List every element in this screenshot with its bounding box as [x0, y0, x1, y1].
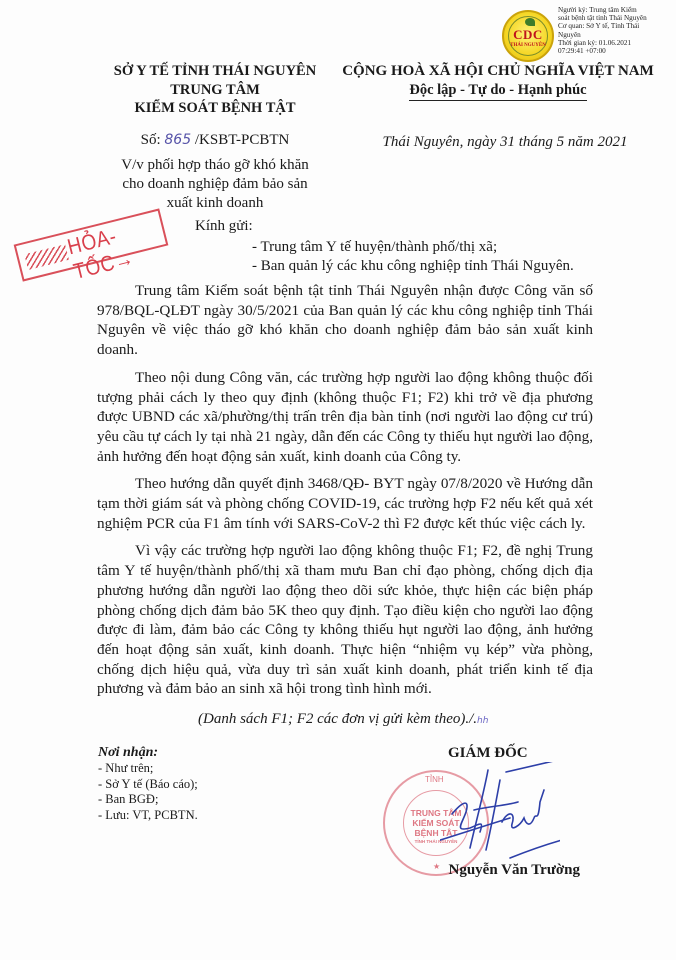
urgent-stamp-text: HỎA-TỐC→ — [65, 213, 170, 285]
recipient-item: - Ban quản lý các khu công nghiệp tỉnh T… — [252, 257, 574, 276]
document-number: Số: 865 /KSBT-PCBTN — [95, 132, 335, 149]
arrow-feathers-icon — [24, 244, 69, 270]
cdc-logo: CDC THÁI NGUYÊN — [502, 10, 554, 62]
closing-note-text: (Danh sách F1; F2 các đơn vị gửi kèm the… — [198, 711, 477, 727]
department-name: SỞ Y TẾ TỈNH THÁI NGUYÊN — [95, 62, 335, 81]
handwritten-signature — [440, 762, 560, 872]
signer-role: GIÁM ĐỐC — [380, 745, 560, 762]
urgent-stamp: HỎA-TỐC→ — [14, 208, 169, 281]
closing-note: (Danh sách F1; F2 các đơn vị gửi kèm the… — [198, 711, 488, 728]
subject-line: V/v phối hợp tháo gỡ khó khăn — [95, 156, 335, 175]
org-name-line2: KIỂM SOÁT BỆNH TẬT — [95, 99, 335, 117]
handwritten-number: 865 — [164, 132, 191, 148]
distribution-title: Nơi nhận: — [98, 744, 198, 761]
signature-line: Cơ quan: Sở Y tế, Tỉnh Thái — [558, 22, 676, 30]
recipients: - Trung tâm Y tế huyện/thành phố/thị xã;… — [252, 238, 574, 276]
letter-body: Trung tâm Kiểm soát bệnh tật tỉnh Thái N… — [97, 281, 593, 707]
document-number-suffix: /KSBT-PCBTN — [191, 132, 289, 148]
distribution-item: - Sở Y tế (Báo cáo); — [98, 777, 198, 793]
signature-line: 07:29:41 +07:00 — [558, 47, 676, 55]
national-motto: Độc lập - Tự do - Hạnh phúc — [409, 81, 586, 101]
body-paragraph: Theo nội dung Công văn, các trường hợp n… — [97, 368, 593, 467]
handwritten-initial: hh — [477, 716, 488, 726]
salutation: Kính gửi: — [195, 218, 253, 235]
body-paragraph: Vì vậy các trường hợp người lao động khô… — [97, 541, 593, 699]
body-paragraph: Trung tâm Kiểm soát bệnh tật tỉnh Thái N… — [97, 281, 593, 360]
digital-signature-block: CDC THÁI NGUYÊN Người ký: Trung tâm Kiểm… — [502, 4, 676, 64]
logo-text: CDC — [504, 27, 552, 43]
signature-line: Người ký: Trung tâm Kiểm — [558, 6, 676, 14]
body-paragraph: Theo hướng dẫn quyết định 3468/QĐ- BYT n… — [97, 474, 593, 533]
distribution-item: - Lưu: VT, PCBTN. — [98, 808, 198, 824]
issuing-agency: SỞ Y TẾ TỈNH THÁI NGUYÊN TRUNG TÂM KIỂM … — [95, 62, 335, 117]
signature-line: Thời gian ký: 01.06.2021 — [558, 39, 676, 47]
leaf-icon — [525, 18, 535, 26]
signer-block: GIÁM ĐỐC Nguyễn Văn Trường — [380, 745, 560, 762]
nation-title: CỘNG HOÀ XÃ HỘI CHỦ NGHĨA VIỆT NAM — [330, 62, 666, 81]
document-number-prefix: Số: — [141, 132, 165, 148]
logo-subtext: THÁI NGUYÊN — [504, 43, 552, 48]
signature-line: soát bệnh tật tỉnh Thái Nguyên — [558, 14, 676, 22]
distribution-list: Nơi nhận: - Như trên; - Sở Y tế (Báo cáo… — [98, 744, 198, 823]
subject-line: xuất kinh doanh — [95, 194, 335, 213]
signature-metadata: Người ký: Trung tâm Kiểm soát bệnh tật t… — [558, 6, 676, 55]
subject-line: cho doanh nghiệp đảm bảo sản — [95, 175, 335, 194]
subject: V/v phối hợp tháo gỡ khó khăn cho doanh … — [95, 156, 335, 213]
distribution-item: - Ban BGĐ; — [98, 792, 198, 808]
signature-line: Nguyên — [558, 31, 676, 39]
national-header: CỘNG HOÀ XÃ HỘI CHỦ NGHĨA VIỆT NAM Độc l… — [330, 62, 666, 101]
recipient-item: - Trung tâm Y tế huyện/thành phố/thị xã; — [252, 238, 574, 257]
date-line: Thái Nguyên, ngày 31 tháng 5 năm 2021 — [340, 134, 670, 151]
org-name-line1: TRUNG TÂM — [95, 81, 335, 99]
distribution-item: - Như trên; — [98, 761, 198, 777]
